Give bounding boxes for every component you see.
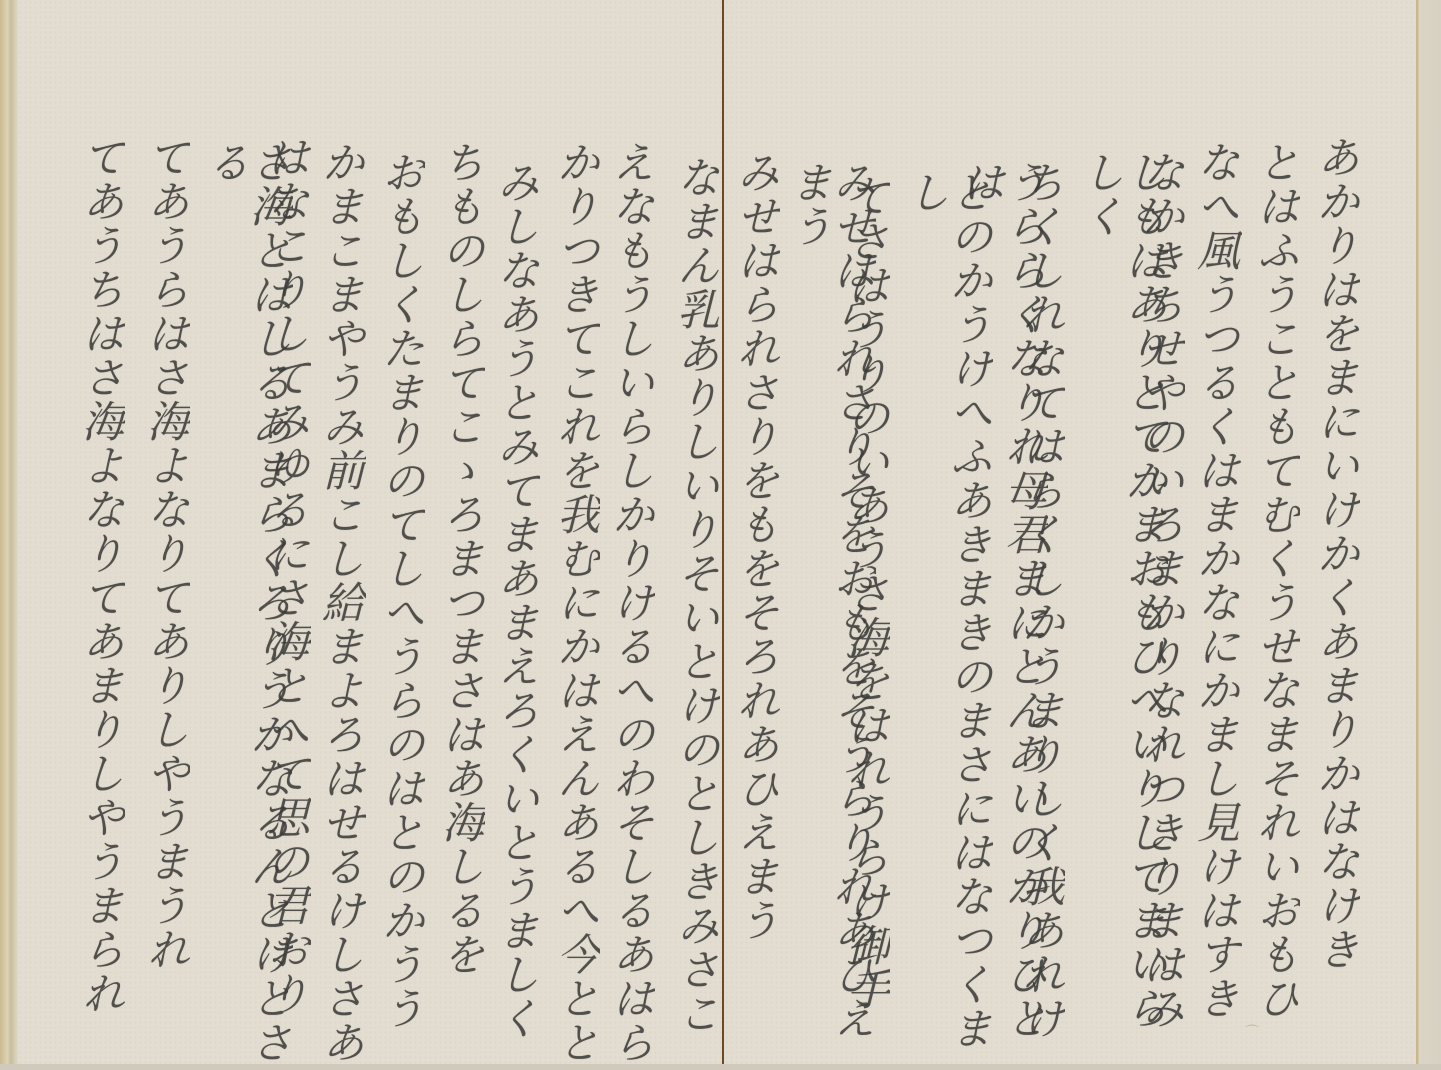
text-column: とはふうこともてむくうせなまそれいおもひ — [1253, 140, 1296, 1020]
text-column: えなもうしいらしかりけるへのわそしるあはら — [608, 140, 651, 1064]
text-column: なまん乳ありしいりそいとけのとしきみさこ — [673, 155, 716, 1035]
text-column: みしなあうとみてまあまえろくいとうましく — [493, 160, 536, 1040]
text-column: かまこまやうみ前こし給まよろはせるけしさあ — [318, 140, 361, 1064]
text-column: かりつきてこれを我むにかはえんあるへ今とと — [553, 140, 596, 1064]
text-column: しもはありとてかまおもひへいりしてまいらしく — [1078, 150, 1164, 1070]
text-column: ちものしらてこゝろまつまさはあ海しるを — [438, 140, 481, 976]
text-column: とのかうけへふあきまきのまさにはなつくまし — [903, 170, 989, 1070]
text-column: さ海とはしるあまらくろりうかなるんとけとさる — [203, 140, 289, 1070]
manuscript-spread: あかりはをまにいけかくあまりかはなけきとはふうこともてむくうせなまそれいおもひな… — [0, 0, 1441, 1070]
book-left-edge — [0, 0, 18, 1070]
text-column: みせはられさりそをおもをそうらりれあひえまう — [786, 160, 872, 1070]
text-column: てあうちはさ海よなりてあまりしやうまられ — [78, 135, 121, 1015]
text-column: みせはられさりをもをそろれあひえまう — [733, 150, 776, 942]
text-column: おもしくたまりのてしへうらのはとのかうう — [378, 150, 421, 1030]
text-column: なへ風うつるくはまかなにかまし見けはすき — [1193, 140, 1236, 1020]
text-column: あかりはをまにいけかくあまりかはなけき — [1313, 135, 1356, 971]
book-right-edge — [1416, 0, 1441, 1070]
paper-mark: ⌒ — [1245, 1022, 1259, 1042]
text-column: てあうらはさ海よなりてありしやうまうれ — [143, 135, 186, 971]
